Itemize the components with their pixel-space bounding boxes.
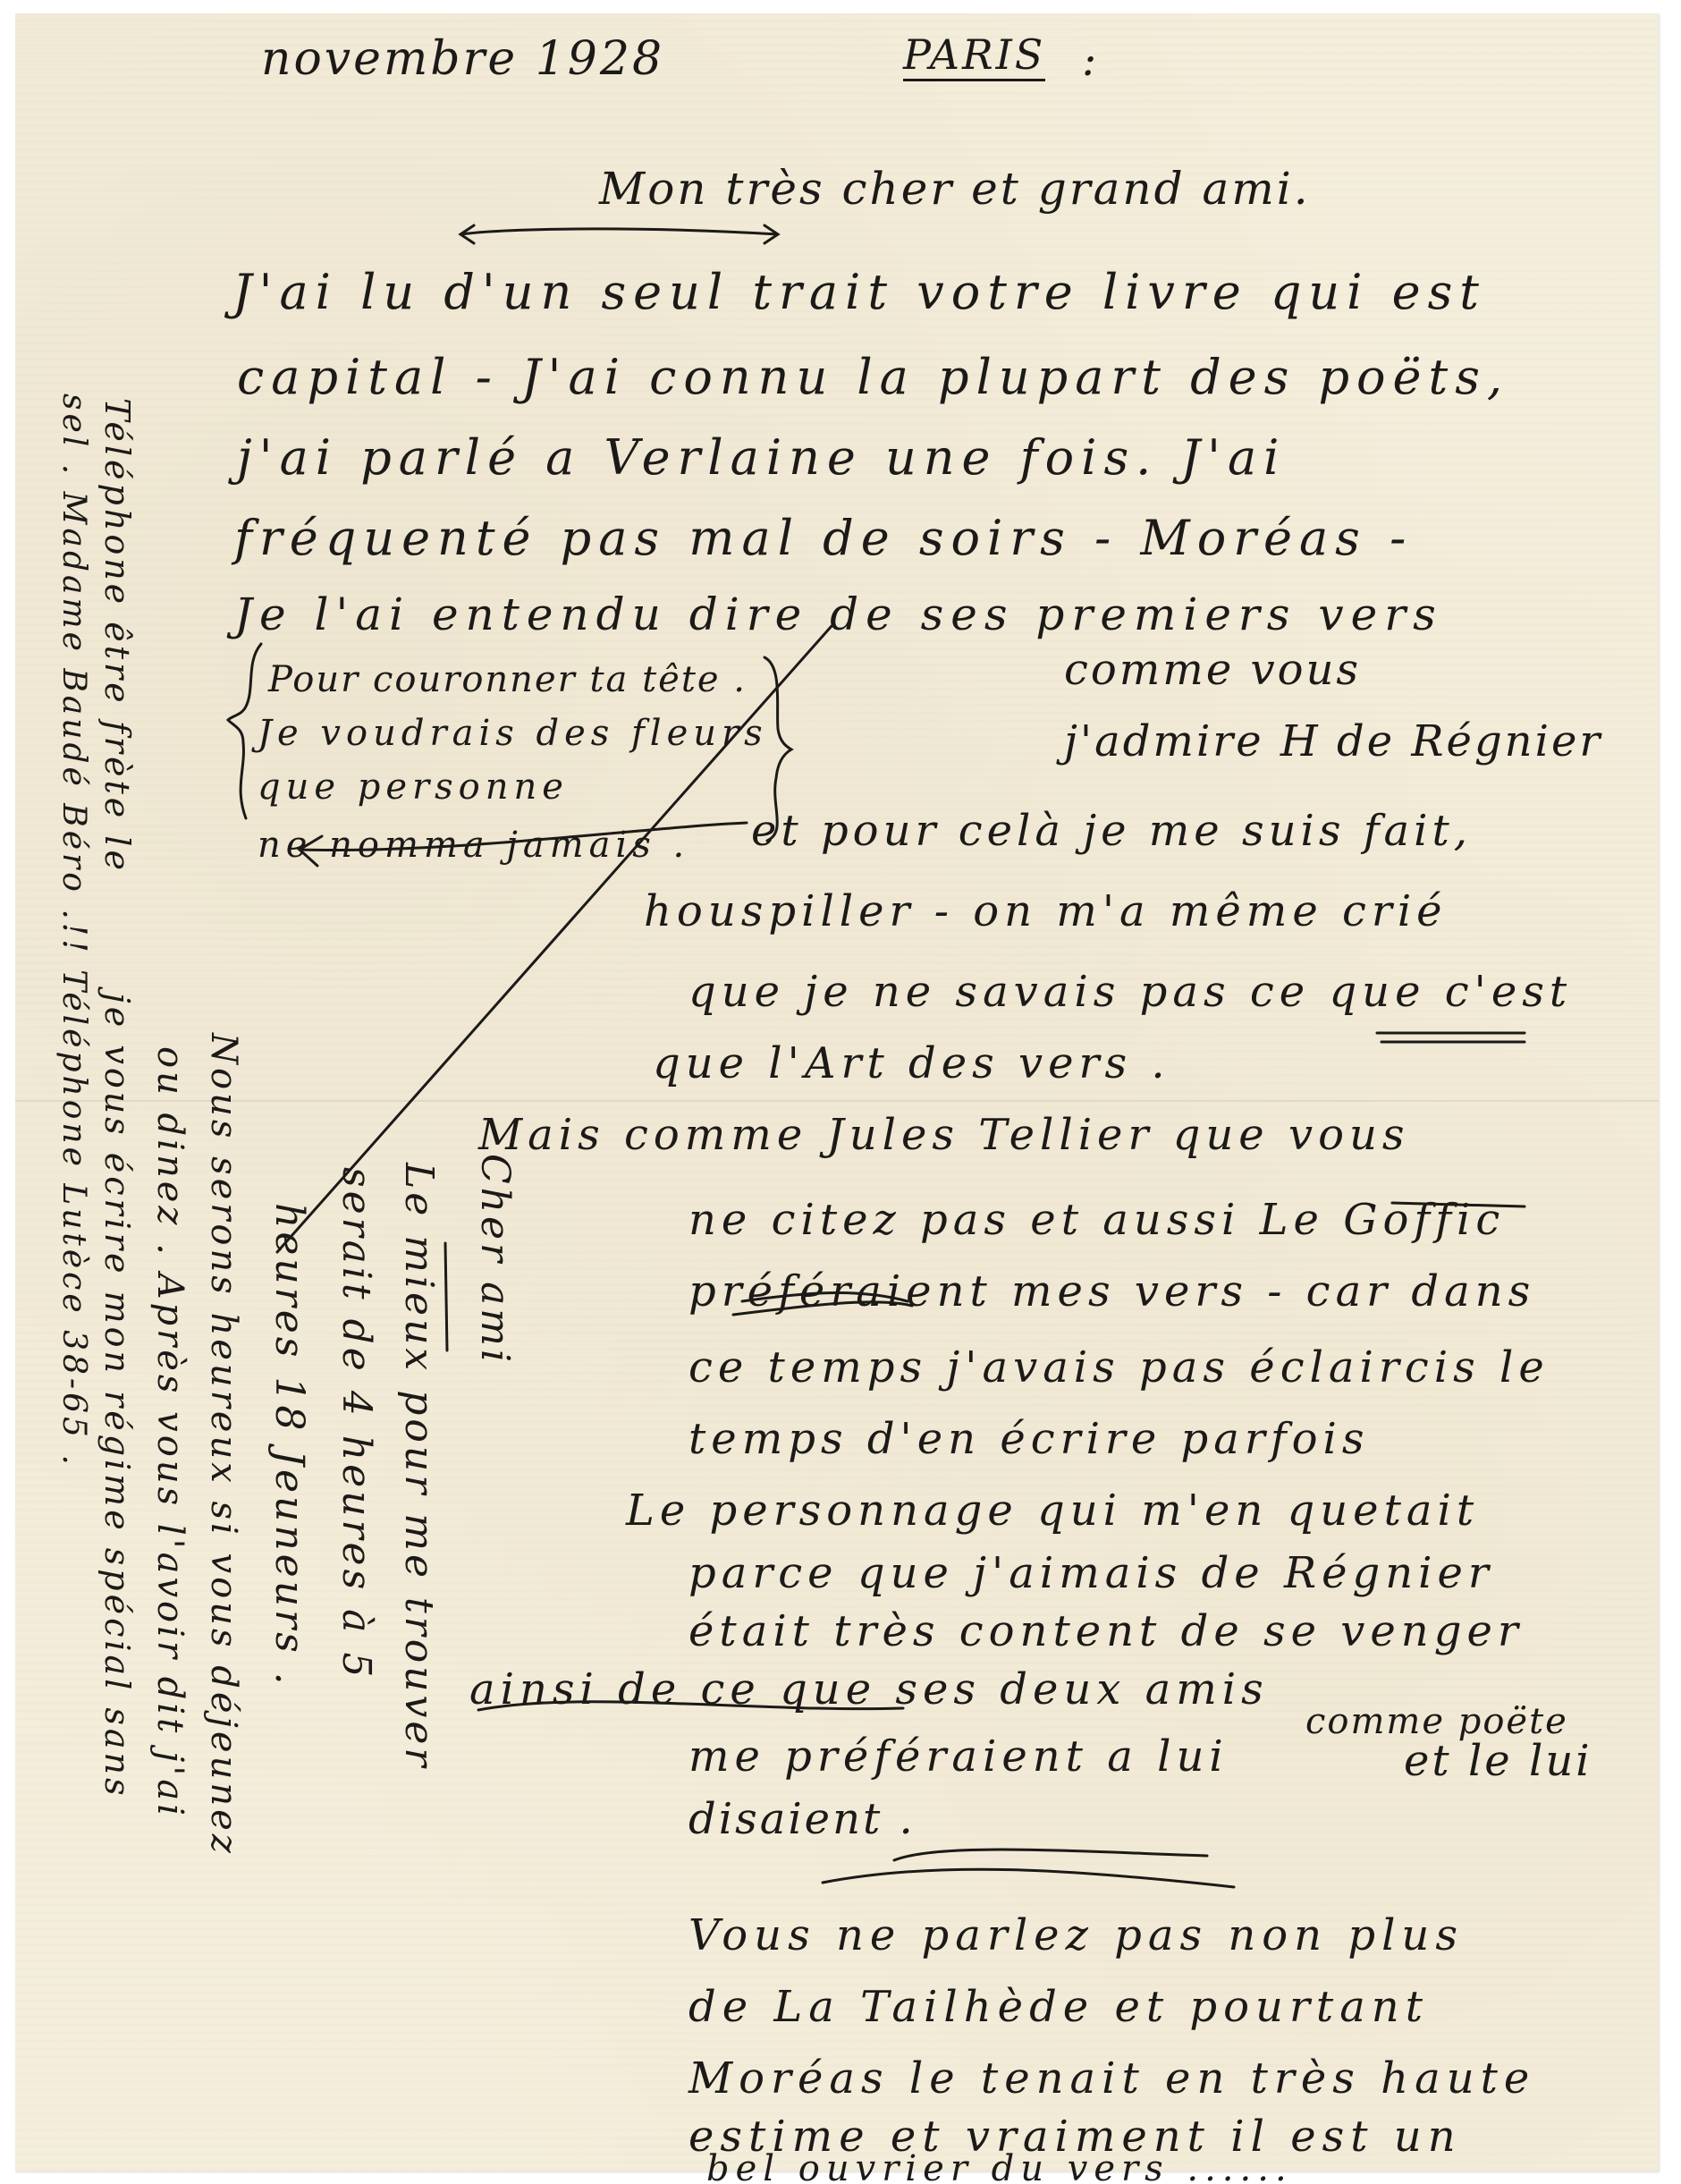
diagonal-line: [277, 626, 832, 1252]
double-arrow-icon: [460, 225, 778, 243]
left-arrow-icon: [300, 823, 747, 866]
left-brace: [228, 644, 261, 818]
pen-strokes: [0, 0, 1681, 2184]
